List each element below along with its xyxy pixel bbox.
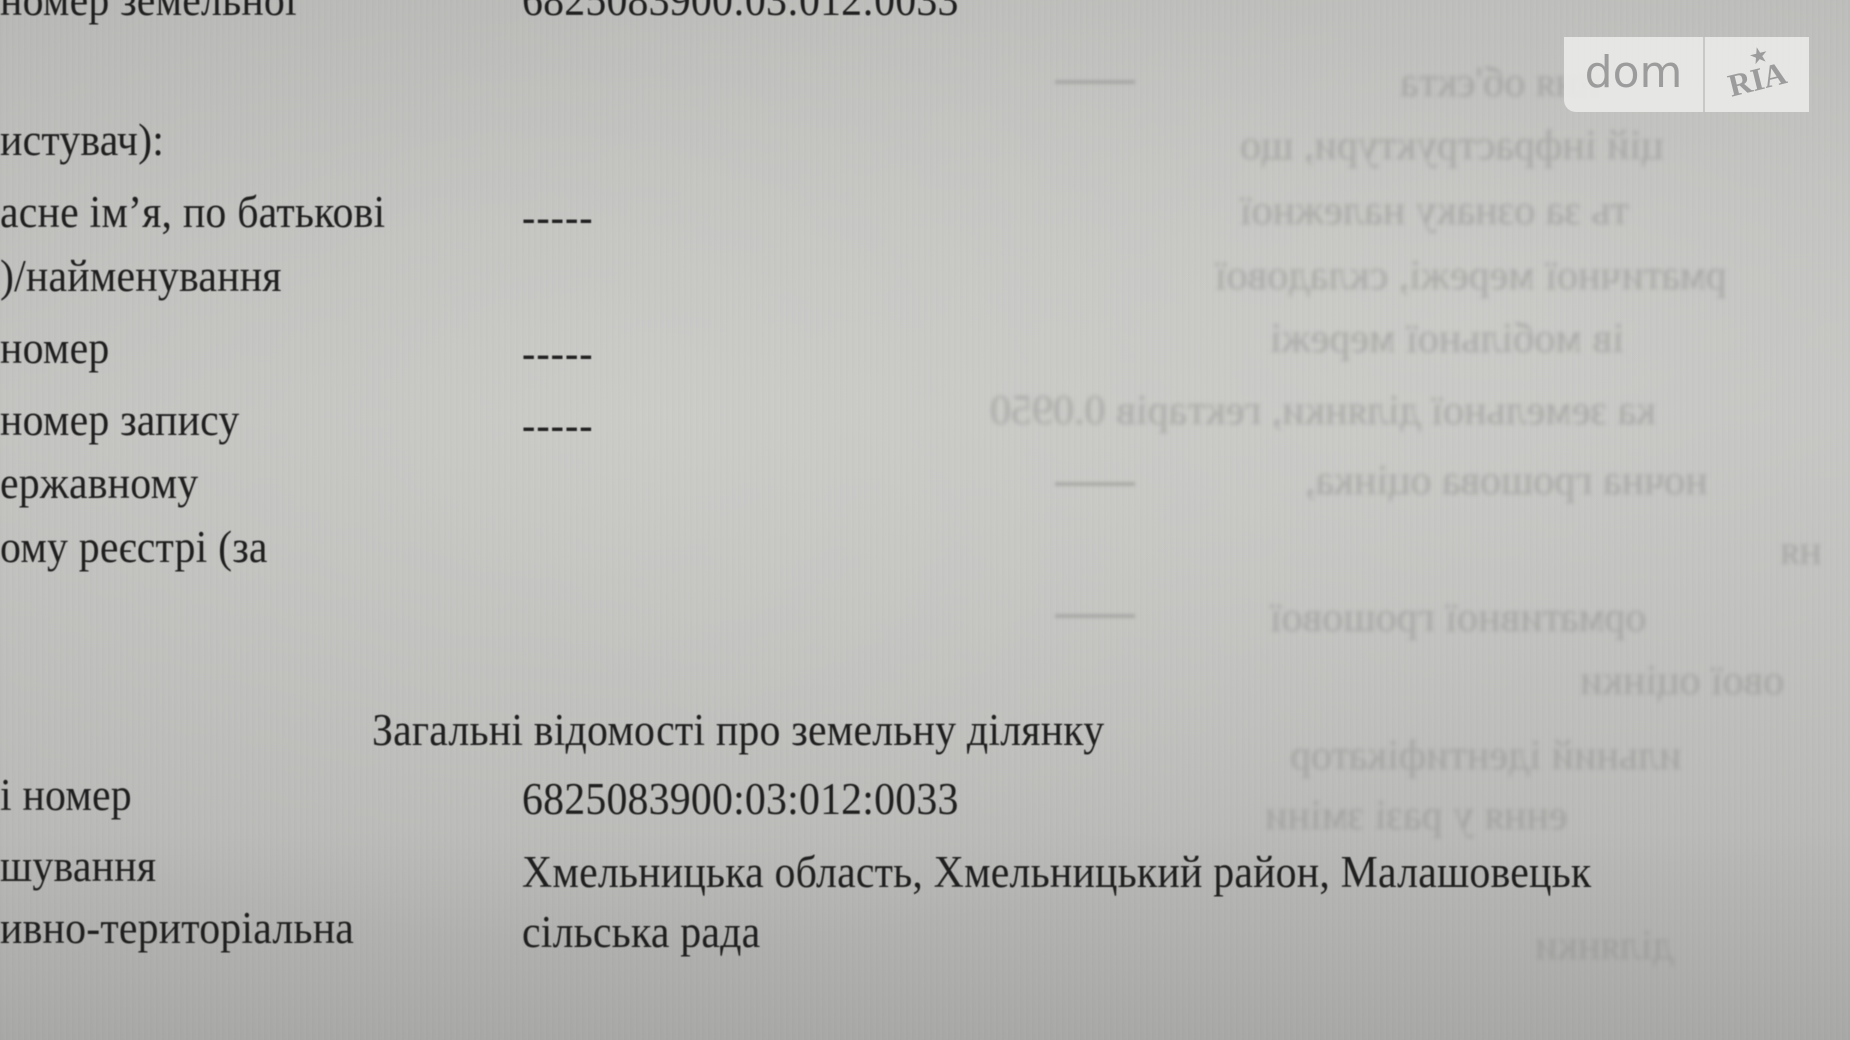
cadastral-number-label: і номер <box>0 773 132 818</box>
ghost-line: цій інфраструктури, що <box>1240 125 1664 167</box>
ghost-line: ділянки <box>1535 925 1674 967</box>
ghost-line: ів мобільної мережі <box>1270 318 1624 360</box>
location-value: Хмельницька область, Хмельницький район,… <box>522 850 1591 895</box>
cadastral-number-value: 6825083900:03:012:0033 <box>522 777 959 822</box>
watermark-ria-text: RIA <box>1724 54 1790 104</box>
owner-name-value: ----- <box>522 194 594 241</box>
owner-number-value: ----- <box>522 330 594 377</box>
owner-section-label: истувач): <box>0 118 164 163</box>
general-info-heading: Загальні відомості про земельну ділянку <box>372 708 1104 753</box>
watermark-ria-block: ★ RIA <box>1705 37 1809 112</box>
owner-name-label: асне ім’я, по батькові <box>0 190 385 235</box>
domria-watermark: dom ★ RIA <box>1564 37 1809 112</box>
ghost-line: ня <box>1780 530 1822 572</box>
ghost-dash <box>1055 482 1135 486</box>
admin-territorial-label: ивно-територіальна <box>0 906 354 951</box>
cadastral-number-top: 6825083900:03:012:0033 <box>522 0 959 23</box>
owner-number-label: номер <box>0 326 109 371</box>
watermark-dom-text: dom <box>1564 37 1703 112</box>
ghost-dash <box>1055 614 1135 618</box>
location-label: шування <box>0 844 156 889</box>
ghost-line: ормативної грошової <box>1270 597 1646 639</box>
ghost-line: ночна грошова оцінка, <box>1305 460 1708 502</box>
ghost-line: ка земельної ділянки, гектарів 0.0950 <box>990 390 1656 432</box>
owner-title-label: )/найменування <box>0 254 282 299</box>
ghost-line: ення у разі зміни <box>1265 795 1568 837</box>
state-register-label: ержавному <box>0 461 198 506</box>
register-label-continued: ому реєстрі (за <box>0 525 268 570</box>
ghost-dash <box>1055 80 1135 84</box>
land-cadastral-label-top: номер земельної <box>0 0 297 23</box>
ghost-line: ть за ознаку належної <box>1240 190 1629 232</box>
record-number-label: номер запису <box>0 398 240 443</box>
ghost-line: ової оцінки <box>1580 660 1784 702</box>
admin-territorial-value: сільська рада <box>522 910 760 955</box>
ghost-line: ильний ідентифікатор <box>1290 735 1682 777</box>
ghost-line: рматичної мережі, складової <box>1215 255 1727 297</box>
record-number-value: ----- <box>522 402 594 449</box>
